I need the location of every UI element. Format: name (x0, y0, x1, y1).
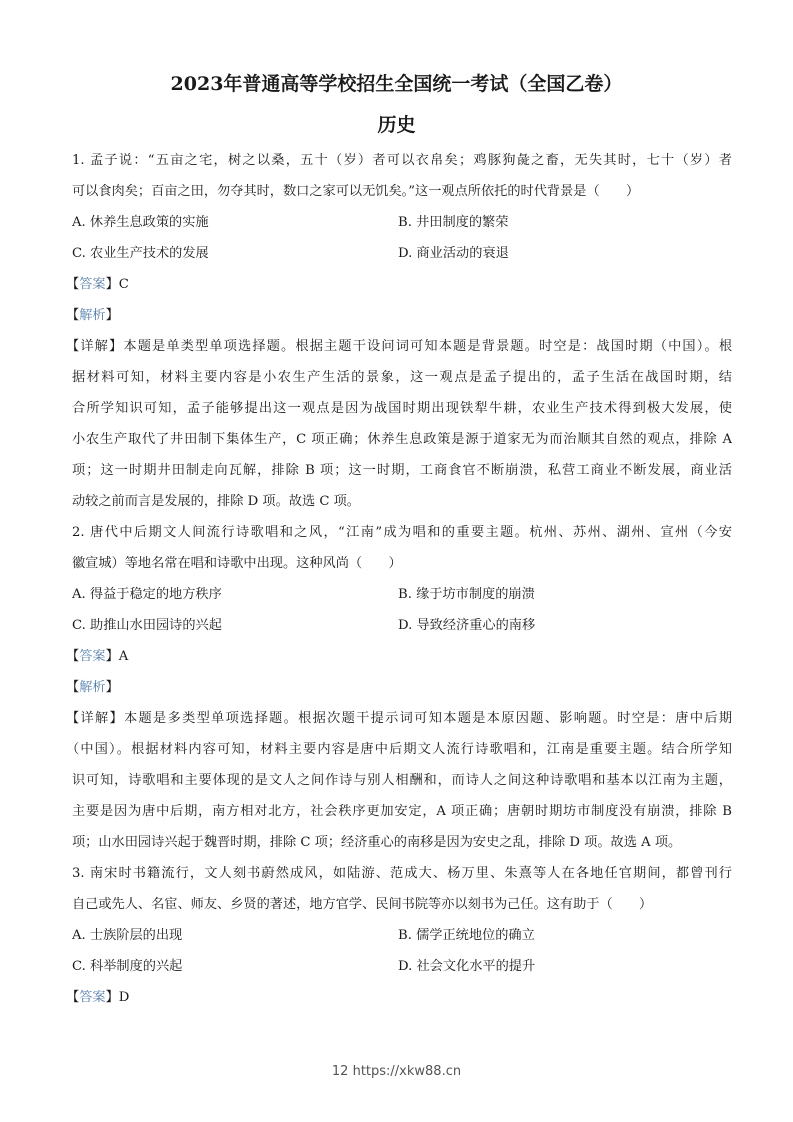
option-b: B. 儒学正统地位的确立 (398, 920, 724, 951)
question-stem-line: 1. 孟子说：“五亩之宅，树之以桑，五十（岁）者可以衣帛矣；鸡豚狗彘之畜，无失其… (72, 145, 732, 176)
question-stem-line: 3. 南宋时书籍流行，文人刻书蔚然成风，如陆游、范成大、杨万里、朱熹等人在各地任… (72, 858, 732, 889)
question-stem-line: 2. 唐代中后期文人间流行诗歌唱和之风，“江南”成为唱和的重要主题。杭州、苏州、… (72, 517, 732, 548)
options-row: A. 休养生息政策的实施 B. 井田制度的繁荣 (72, 207, 732, 238)
options-row: A. 士族阶层的出现 B. 儒学正统地位的确立 (72, 920, 732, 951)
analysis-heading: 【解析】 (66, 672, 732, 703)
option-b: B. 井田制度的繁荣 (398, 207, 724, 238)
option-a: A. 得益于稳定的地方秩序 (72, 579, 398, 610)
question-3: 3. 南宋时书籍流行，文人刻书蔚然成风，如陆游、范成大、杨万里、朱熹等人在各地任… (72, 858, 732, 1013)
question-stem-line: 可以食肉矣；百亩之田，勿夺其时，数口之家可以无饥矣。”这一观点所依托的时代背景是… (72, 176, 732, 207)
detail-label: 详解 (80, 339, 109, 354)
analysis-label: 解析 (79, 680, 105, 695)
subject-heading: 历史 (0, 111, 793, 139)
detail-label: 详解 (81, 711, 110, 726)
answer-line: 【答案】D (66, 982, 732, 1013)
document-body: 1. 孟子说：“五亩之宅，树之以桑，五十（岁）者可以衣帛矣；鸡豚狗彘之畜，无失其… (72, 145, 732, 1013)
answer-label: 答案 (79, 649, 105, 664)
detail-line: 据材料可知，材料主要内容是小农生产生活的景象，这一观点是孟子提出的，孟子生活在战… (72, 362, 732, 393)
answer-label: 答案 (79, 277, 105, 292)
analysis-label: 解析 (79, 308, 105, 323)
option-a: A. 士族阶层的出现 (72, 920, 398, 951)
detail-line: 合所学知识可知，孟子能够提出这一观点是因为战国时期出现铁犁牛耕，农业生产技术得到… (72, 393, 732, 424)
answer-value: A (119, 649, 129, 664)
detail-line: （中国）。根据材料内容可知，材料主要内容是唐中后期文人流行诗歌唱和，江南是重要主… (66, 734, 732, 765)
page-number: 12 (332, 1064, 349, 1079)
option-c: C. 农业生产技术的发展 (72, 238, 398, 269)
option-c: C. 科举制度的兴起 (72, 951, 398, 982)
exam-page: 2023年普通高等学校招生全国统一考试（全国乙卷） 历史 1. 孟子说：“五亩之… (0, 0, 793, 1122)
detail-line: 动较之前而言是发展的，排除 D 项。故选 C 项。 (72, 486, 732, 517)
page-footer: 12 https://xkw88.cn (0, 1060, 793, 1084)
options-row: A. 得益于稳定的地方秩序 B. 缘于坊市制度的崩溃 (72, 579, 732, 610)
question-2: 2. 唐代中后期文人间流行诗歌唱和之风，“江南”成为唱和的重要主题。杭州、苏州、… (72, 517, 732, 858)
option-d: D. 社会文化水平的提升 (398, 951, 724, 982)
document-title: 2023年普通高等学校招生全国统一考试（全国乙卷） (0, 70, 793, 98)
option-b: B. 缘于坊市制度的崩溃 (398, 579, 724, 610)
question-stem-line: 徽宣城）等地名常在唱和诗歌中出现。这种风尚（ ） (72, 548, 732, 579)
option-a: A. 休养生息政策的实施 (72, 207, 398, 238)
question-1: 1. 孟子说：“五亩之宅，树之以桑，五十（岁）者可以衣帛矣；鸡豚狗彘之畜，无失其… (72, 145, 732, 517)
answer-label: 答案 (79, 990, 105, 1005)
option-c: C. 助推山水田园诗的兴起 (72, 610, 398, 641)
option-d: D. 商业活动的衰退 (398, 238, 724, 269)
detail-line: 主要是因为唐中后期，南方相对北方，社会秩序更加安定，A 项正确；唐朝时期坊市制度… (72, 796, 732, 827)
detail-line: 项；山水田园诗兴起于魏晋时期，排除 C 项；经济重心的南移是因为安史之乱，排除 … (72, 827, 732, 858)
detail-line: 小农生产取代了井田制下集体生产，C 项正确；休养生息政策是源于道家无为而治顺其自… (72, 424, 732, 455)
question-stem-line: 自己或先人、名宦、师友、乡贤的著述，地方官学、民间书院等亦以刻书为己任。这有助于… (72, 889, 732, 920)
detail-paragraph-start: 【详解】本题是多类型单项选择题。根据次题干提示词可知本题是本原因题、影响题。时空… (66, 703, 732, 734)
answer-line: 【答案】C (66, 269, 732, 300)
answer-value: C (119, 277, 129, 292)
options-row: C. 助推山水田园诗的兴起 D. 导致经济重心的南移 (72, 610, 732, 641)
options-row: C. 科举制度的兴起 D. 社会文化水平的提升 (72, 951, 732, 982)
option-d: D. 导致经济重心的南移 (398, 610, 724, 641)
answer-line: 【答案】A (66, 641, 732, 672)
source-url[interactable]: https://xkw88.cn (353, 1064, 462, 1079)
analysis-heading: 【解析】 (66, 300, 732, 331)
detail-paragraph-start: 【详解】本题是单类型单项选择题。根据主题干设问词可知本题是背景题。时空是：战国时… (66, 331, 732, 362)
options-row: C. 农业生产技术的发展 D. 商业活动的衰退 (72, 238, 732, 269)
detail-line: 项；这一时期井田制走向瓦解，排除 B 项；这一时期，工商食官不断崩溃，私营工商业… (72, 455, 732, 486)
detail-line: 识可知，诗歌唱和主要体现的是文人之间作诗与别人相酬和，而诗人之间这种诗歌唱和基本… (72, 765, 732, 796)
answer-value: D (119, 990, 130, 1005)
